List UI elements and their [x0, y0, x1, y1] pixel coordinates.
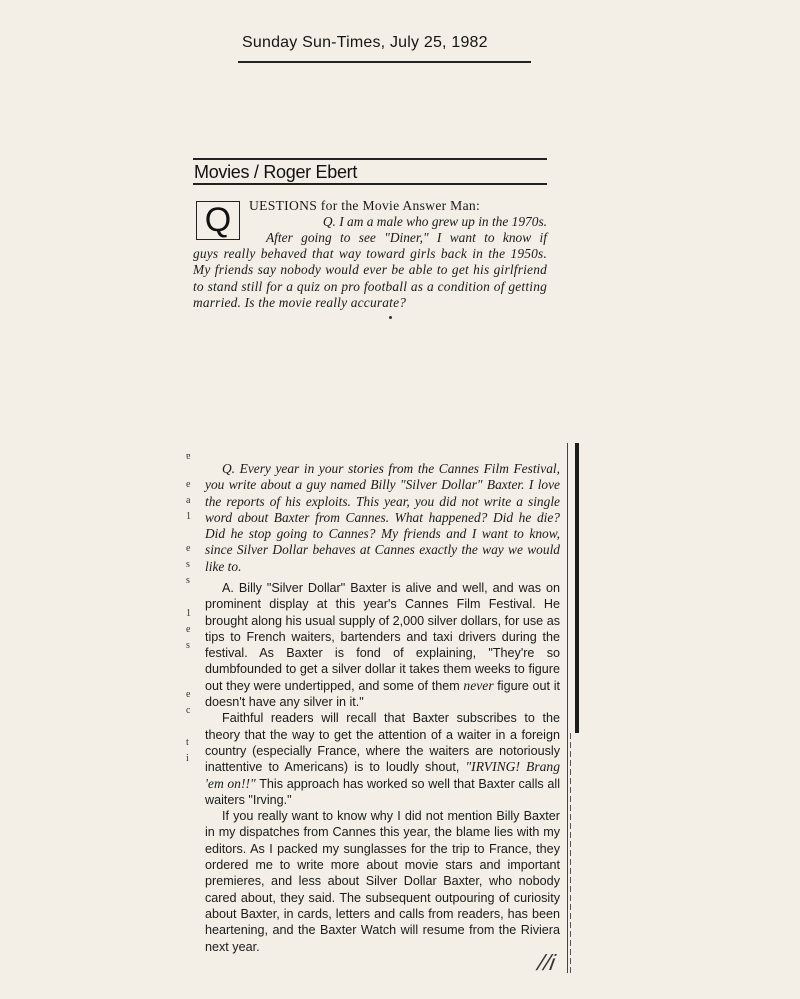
margin-mark: a — [186, 493, 190, 509]
ink-speck — [389, 316, 392, 319]
column-rule — [567, 443, 568, 973]
answer-paragraph-3: If you really want to know why I did not… — [205, 808, 560, 955]
margin-mark: t — [186, 735, 189, 751]
column-rule-thick — [575, 443, 579, 733]
masthead-rule — [238, 61, 531, 63]
answer: A. Billy "Silver Dollar" Baxter is alive… — [205, 580, 560, 955]
margin-mark: c — [186, 703, 190, 719]
margin-mark: s — [186, 573, 190, 589]
margin-mark: e — [186, 687, 190, 703]
margin-mark: e — [186, 541, 190, 557]
answer-paragraph-2: Faithful readers will recall that Baxter… — [205, 710, 560, 808]
dropcap-box: Q — [196, 201, 240, 240]
question-1-line: After going to see "Diner," I want to kn… — [266, 230, 547, 246]
margin-mark: e — [186, 477, 190, 493]
question-2: Q. Every year in your stories from the C… — [205, 461, 560, 575]
margin-mark: e — [186, 622, 190, 638]
margin-mark: 1 — [186, 509, 191, 525]
section-rule-top — [193, 158, 547, 160]
question-1-body: guys really behaved that way toward girl… — [193, 246, 547, 311]
margin-mark: ɐ — [186, 449, 190, 465]
answer-text: This approach has worked so well that Ba… — [205, 777, 560, 807]
article-lead: UESTIONS for the Movie Answer Man: — [249, 198, 547, 214]
margin-mark: i — [186, 751, 189, 767]
column-rule-dashed — [570, 733, 571, 973]
section-title: Movies / Roger Ebert — [194, 162, 357, 183]
question-1-line: Q. I am a male who grew up in the 1970s. — [266, 214, 547, 230]
question-2-text: Q. Every year in your stories from the C… — [205, 461, 560, 575]
margin-mark: s — [186, 638, 190, 654]
answer-text: A. Billy "Silver Dollar" Baxter is alive… — [205, 581, 560, 693]
margin-mark: s — [186, 557, 190, 573]
section-rule-bottom — [193, 183, 547, 185]
answer-emphasis: never — [463, 678, 493, 693]
masthead: Sunday Sun-Times, July 25, 1982 — [242, 34, 488, 52]
answer-paragraph-1: A. Billy "Silver Dollar" Baxter is alive… — [205, 580, 560, 710]
margin-mark: 1 — [186, 606, 191, 622]
